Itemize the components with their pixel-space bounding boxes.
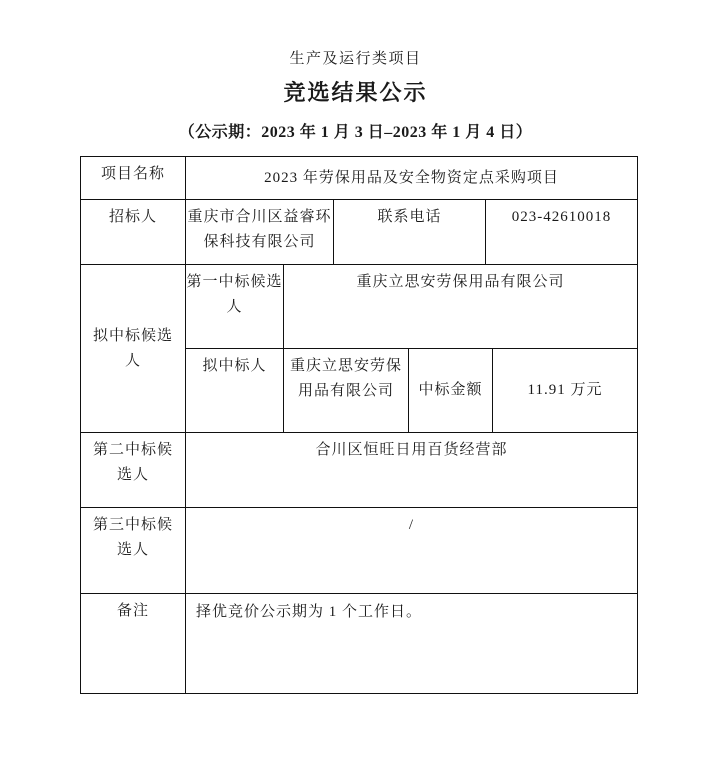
- first-candidate-label: 第一中标候选人: [186, 265, 284, 348]
- contact-phone-label: 联系电话: [334, 200, 486, 264]
- table-row-third-candidate: 第三中标候选人 /: [81, 508, 637, 594]
- category-heading: 生产及运行类项目: [0, 47, 711, 68]
- first-candidate-value: 重庆立思安劳保用品有限公司: [284, 265, 637, 348]
- document-page: 生产及运行类项目 竞选结果公示 （公示期：2023 年 1 月 3 日–2023…: [0, 0, 711, 769]
- remarks-label: 备注: [81, 594, 186, 693]
- award-amount-value: 11.91 万元: [493, 349, 637, 432]
- project-name-value: 2023 年劳保用品及安全物资定点采购项目: [186, 157, 637, 199]
- subrow-first-candidate: 第一中标候选人 重庆立思安劳保用品有限公司: [186, 265, 637, 349]
- page-title: 竞选结果公示: [0, 76, 711, 107]
- subrow-proposed-winner: 拟中标人 重庆立思安劳保用品有限公司 中标金额 11.91 万元: [186, 349, 637, 432]
- tenderer-value: 重庆市合川区益睿环保科技有限公司: [186, 200, 334, 264]
- result-table: 项目名称 2023 年劳保用品及安全物资定点采购项目 招标人 重庆市合川区益睿环…: [80, 156, 638, 694]
- proposed-candidates-label: 拟中标候选人: [81, 265, 186, 432]
- award-amount-label: 中标金额: [409, 349, 493, 432]
- table-row-tenderer: 招标人 重庆市合川区益睿环保科技有限公司 联系电话 023-42610018: [81, 200, 637, 265]
- third-candidate-label: 第三中标候选人: [81, 508, 186, 593]
- table-row-project-name: 项目名称 2023 年劳保用品及安全物资定点采购项目: [81, 157, 637, 200]
- proposed-winner-label: 拟中标人: [186, 349, 284, 432]
- publicity-period: （公示期：2023 年 1 月 3 日–2023 年 1 月 4 日）: [0, 119, 711, 142]
- project-name-label: 项目名称: [81, 157, 186, 199]
- candidates-subtable: 第一中标候选人 重庆立思安劳保用品有限公司 拟中标人 重庆立思安劳保用品有限公司…: [186, 265, 637, 432]
- second-candidate-value: 合川区恒旺日用百货经营部: [186, 433, 637, 507]
- table-row-second-candidate: 第二中标候选人 合川区恒旺日用百货经营部: [81, 433, 637, 508]
- table-row-remarks: 备注 择优竞价公示期为 1 个工作日。: [81, 594, 637, 693]
- tenderer-label: 招标人: [81, 200, 186, 264]
- remarks-value: 择优竞价公示期为 1 个工作日。: [186, 594, 637, 693]
- proposed-winner-value: 重庆立思安劳保用品有限公司: [284, 349, 409, 432]
- third-candidate-value: /: [186, 508, 637, 593]
- table-row-candidates: 拟中标候选人 第一中标候选人 重庆立思安劳保用品有限公司 拟中标人 重庆立思安劳…: [81, 265, 637, 433]
- contact-phone-value: 023-42610018: [486, 200, 637, 264]
- second-candidate-label: 第二中标候选人: [81, 433, 186, 507]
